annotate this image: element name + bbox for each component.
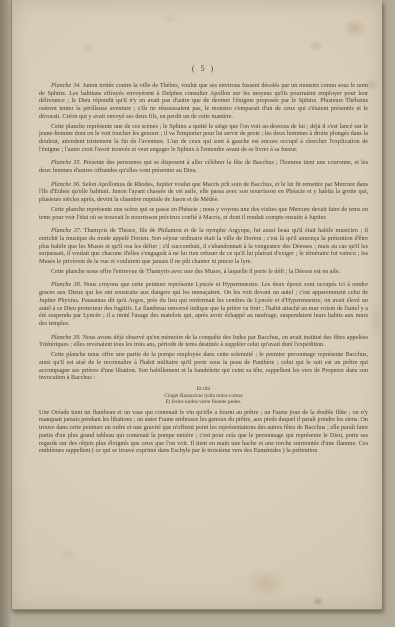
paragraph-planche-34: Planche 34. Junon irritée contre la vill… (39, 82, 368, 121)
planche-39-body: Nous avons déjà observé qu'en mémoire de… (39, 334, 368, 349)
book-page: ( 5 ) Planche 34. Junon irritée contre l… (11, 0, 382, 610)
paragraph-planche-39-description: Cette planche nous offre une partie de l… (39, 351, 368, 382)
text-block: Planche 34. Junon irritée contre la vill… (39, 82, 368, 455)
paragraph-planche-34-description: Cette planche représente une de ces scèn… (39, 123, 368, 154)
planche-36-label: Planche 36. (51, 181, 81, 188)
paragraph-planche-35: Planche 35. Présente des personnes qui s… (39, 159, 368, 174)
paragraph-planche-37-description: Cette planche nous offre l'entrevue de T… (39, 268, 368, 276)
latin-verse: Et tibi Cinget Bassaricas lydia mitra co… (39, 386, 368, 406)
planche-39-label: Planche 39. (51, 334, 81, 341)
paragraph-planche-36-description: Cette planche représente une scène qui s… (39, 206, 368, 221)
planche-35-label: Planche 35. (51, 159, 81, 166)
scanned-book-page: { "page": { "folio": "( 5 )" }, "paragra… (0, 0, 395, 627)
paragraph-planche-37: Planche 37. Thamyris de Thrace, fils de … (39, 227, 368, 266)
planche-35-body: Présente des personnes qui se disposent … (39, 159, 368, 174)
planche-37-body: Thamyris de Thrace, fils de Philamon et … (39, 227, 368, 265)
paragraph-planche-36: Planche 36. Selon Apollonius de Rhodes, … (39, 181, 368, 204)
verse-line-3: Et feries nudos veste fluente pedes. (39, 399, 368, 406)
planche-38-body: Nous croyons que cette peinture représen… (39, 281, 368, 327)
paragraph-planche-39: Planche 39. Nous avons déjà observé qu'e… (39, 334, 368, 349)
paragraph-closing: Une Oréade tient un flambeau et un vase … (39, 409, 368, 455)
page-content: ( 5 ) Planche 34. Junon irritée contre l… (12, 0, 382, 609)
page-number: ( 5 ) (39, 64, 368, 73)
planche-34-body: Junon irritée contre la ville de Thèbes,… (39, 82, 368, 120)
planche-34-label: Planche 34. (51, 82, 81, 89)
planche-37-label: Planche 37. (51, 227, 81, 234)
planche-36-body: Selon Apollonius de Rhodes, Jupiter voul… (39, 181, 368, 203)
verse-line-1: Et tibi (39, 386, 368, 393)
planche-38-label: Planche 38. (51, 281, 81, 288)
paragraph-planche-38: Planche 38. Nous croyons que cette peint… (39, 281, 368, 327)
